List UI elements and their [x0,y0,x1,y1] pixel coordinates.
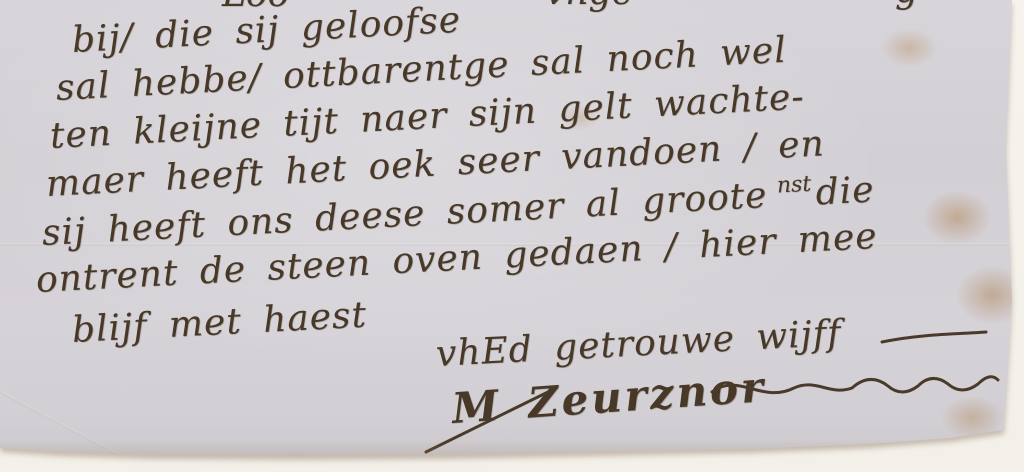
paper-stain [922,190,992,245]
manuscript-scan: Loo vnge g bij/ die sij geloofse sal heb… [0,0,1024,472]
letter-line: blijf met haest [71,295,368,351]
letter-closing: vhEd getrouwe wijff [435,313,842,375]
clipped-line-fragment: vnge [545,0,633,13]
signature-flourish [710,368,1000,408]
paper-shadow-wrap: Loo vnge g bij/ die sij geloofse sal heb… [0,0,1012,460]
line-text: die [815,169,876,213]
paper-stain [880,28,938,68]
closing-flourish [880,330,990,346]
manuscript-paper: Loo vnge g bij/ die sij geloofse sal heb… [0,0,1012,460]
paper-stain [955,265,1024,325]
clipped-line-fragment: g [895,0,918,11]
torn-bottom-edge [0,440,1012,460]
superscript-insertion: nst [776,172,812,199]
